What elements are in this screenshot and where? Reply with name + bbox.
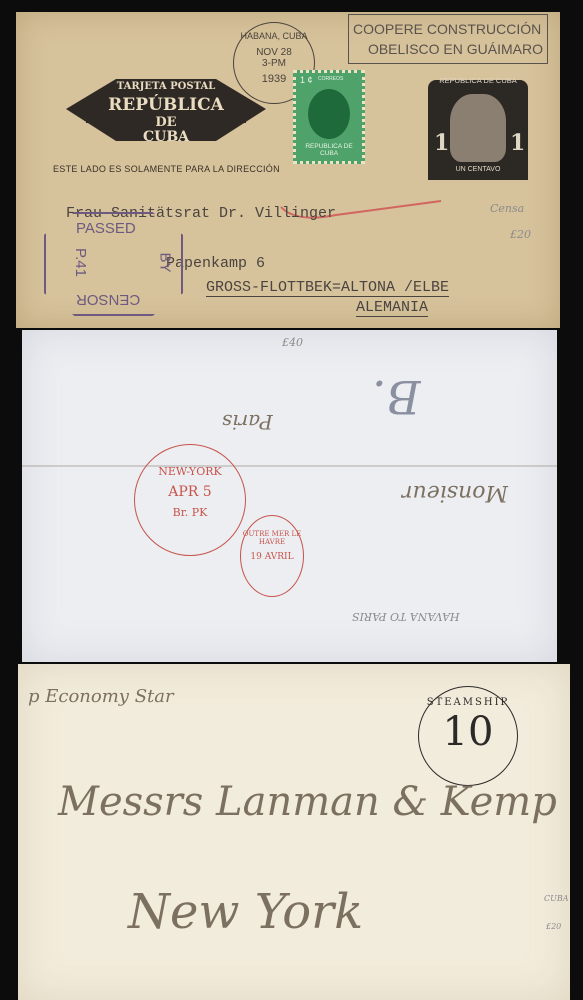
censor-mark: PASSED BY P.41 CENSOR: [44, 212, 183, 316]
le-havre-postmark: OUTRE MER LE HAVRE 19 AVRIL: [240, 515, 304, 597]
emblem-line2: REPÚBLICA: [56, 95, 276, 115]
manuscript-city: Paris: [222, 410, 273, 434]
pencil-top: £40: [282, 336, 303, 349]
pencil-note-1: CUBA: [544, 894, 569, 903]
emblem-line4: CUBA: [56, 129, 276, 145]
manuscript-name: Monsieur: [402, 480, 508, 505]
emblem-line3: DE: [56, 115, 276, 130]
folded-letter: £40 NEW-YORK APR 5 Br. PK OUTRE MER LE H…: [22, 330, 557, 662]
address-line3: GROSS-FLOTTBEK=ALTONA /ELBE: [206, 279, 449, 297]
pencil-note-2: £20: [510, 228, 531, 241]
new-york-postmark: NEW-YORK APR 5 Br. PK: [134, 444, 246, 556]
slogan-cancel: COOPERE CONSTRUCCIÓN OBELISCO EN GUÁIMAR…: [348, 14, 548, 64]
address-line2: New York: [128, 884, 363, 940]
address-note: ESTE LADO ES SOLAMENTE PARA LA DIRECCIÓN: [53, 164, 280, 174]
manuscript-mark: B.: [372, 370, 420, 424]
portrait: [450, 94, 506, 162]
entire-letter: p Economy Star STEAMSHIP 10 Messrs Lanma…: [18, 664, 570, 1000]
imprinted-stamp: REPUBLICA DE CUBA 1 1 UN CENTAVO: [418, 70, 538, 180]
green-stamp: 1 ¢ CORREOS REPUBLICA DE CUBA: [293, 70, 365, 164]
address-line1: Messrs Lanman & Kemp: [58, 779, 557, 825]
pencil-note-2: £20: [546, 922, 561, 931]
address-line4: ALEMANIA: [356, 299, 428, 317]
steamship-handstamp: STEAMSHIP 10: [418, 686, 518, 786]
portrait-oval: [308, 89, 350, 139]
pencil-route: HAVANA TO PARIS: [352, 610, 460, 623]
endorsement: p Economy Star: [28, 686, 174, 707]
postal-card: TARJETA POSTAL REPÚBLICA DE CUBA ESTE LA…: [16, 12, 560, 328]
pencil-note-1: Censa: [490, 202, 524, 215]
